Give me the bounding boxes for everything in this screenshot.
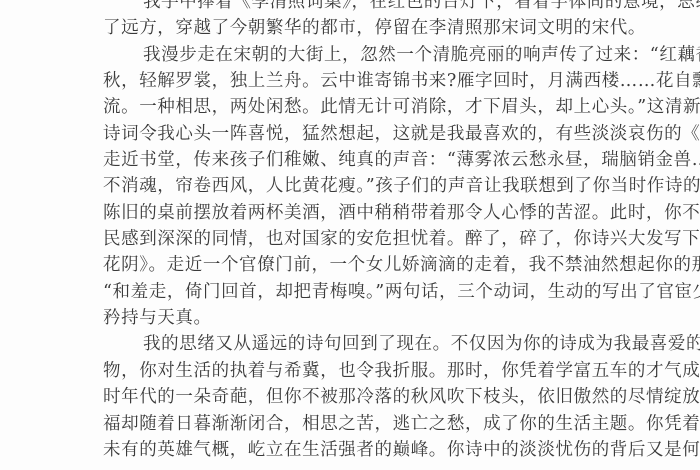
text-line: 未有的英雄气概，屹立在生活强者的巅峰。你诗中的淡淡忧伤的背后又是何等的坚 bbox=[103, 437, 599, 463]
text-line: 我的思绪又从遥远的诗句回到了现在。不仅因为你的诗成为我最喜爱的历史人 bbox=[103, 331, 599, 357]
text-line: 我手中捧着《李清照词集》，在红色的台灯下，看着字体间的意境，思绪飘向 bbox=[103, 0, 599, 15]
paragraph-p3: 我的思绪又从遥远的诗句回到了现在。不仅因为你的诗成为我最喜爱的历史人物，你对生活… bbox=[103, 331, 599, 463]
essay-text: 我手中捧着《李清照词集》，在红色的台灯下，看着字体间的意境，思绪飘向了远方，穿越… bbox=[103, 0, 599, 463]
text-line: 矜持与天真。 bbox=[103, 305, 599, 331]
text-line: 了远方，穿越了今朝繁华的都市，停留在李清照那宋词文明的宋代。 bbox=[103, 15, 599, 41]
text-line: 物，你对生活的执着与希冀，也令我折服。那时，你凭着学富五车的才气成为了当 bbox=[103, 358, 599, 384]
text-line: 福却随着日暮渐渐闭合，相思之苦，逃亡之愁，成了你的生活主题。你凭着男儿都 bbox=[103, 411, 599, 437]
text-line: 民感到深深的同情，也对国家的安危担忧着。醉了，碎了，你诗兴大发写下了《醉 bbox=[103, 226, 599, 252]
text-line: 花阴》。走近一个官僚门前，一个女儿娇滴滴的走着，我不禁油然想起你的那句诗： bbox=[103, 252, 599, 278]
paragraph-p1: 我手中捧着《李清照词集》，在红色的台灯下，看着字体间的意境，思绪飘向了远方，穿越… bbox=[103, 0, 599, 42]
text-line: 时年代的一朵奇葩，但你不被那冷落的秋风吹下枝头，依旧傲然的尽情绽放。但幸 bbox=[103, 384, 599, 410]
text-line: 诗词令我心头一阵喜悦，猛然想起，这就是我最喜欢的，有些淡淡哀伤的《一剪梅》。 bbox=[103, 121, 599, 147]
paragraph-p2: 我漫步走在宋朝的大街上，忽然一个清脆亮丽的响声传了过来：“红藕香残玉簟秋，轻解罗… bbox=[103, 42, 599, 332]
text-line: 陈旧的桌前摆放着两杯美酒，酒中稍稍带着那令人心悸的苦涩。此时，你不仅对人 bbox=[103, 200, 599, 226]
text-line: 秋，轻解罗裳，独上兰舟。云中谁寄锦书来?雁字回时，月满西楼……花自飘零水自 bbox=[103, 68, 599, 94]
text-line: 我漫步走在宋朝的大街上，忽然一个清脆亮丽的响声传了过来：“红藕香残玉簟 bbox=[103, 42, 599, 68]
text-line: 走近书堂，传来孩子们稚嫩、纯真的声音：“薄雾浓云愁永昼，瑞脑销金兽……莫道 bbox=[103, 147, 599, 173]
text-line: 不消魂，帘卷西风，人比黄花瘦。”孩子们的声音让我联想到了你当时作诗的样子： bbox=[103, 173, 599, 199]
text-line: 流。一种相思，两处闲愁。此情无计可消除，才下眉头，却上心头。”这清新淡雅的 bbox=[103, 94, 599, 120]
text-line: “和羞走，倚门回首，却把青梅嗅。”两句话，三个动词，生动的写出了官宦少女的 bbox=[103, 279, 599, 305]
document-page: 我手中捧着《李清照词集》，在红色的台灯下，看着字体间的意境，思绪飘向了远方，穿越… bbox=[0, 0, 700, 470]
